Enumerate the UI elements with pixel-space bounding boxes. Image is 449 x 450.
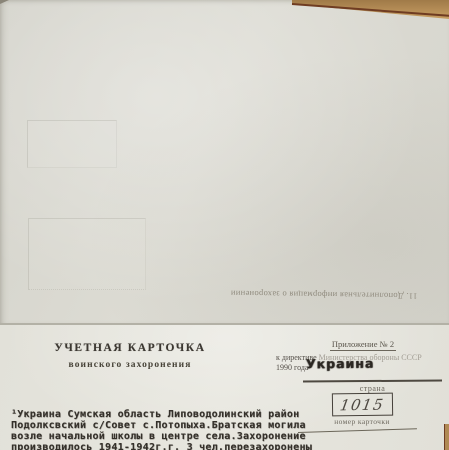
typed-location-line: Подолксвский с/Совет с.Потопыха.Братская… — [11, 420, 316, 431]
handwritten-card-number: 1015 — [339, 395, 386, 414]
card-title: УЧЕТНАЯ КАРТОЧКА — [52, 342, 208, 354]
upside-down-section-caption: 11. Дополнительная информация о захороне… — [204, 288, 444, 301]
card-number-label: номер карточки — [324, 417, 400, 426]
country-field-label: страна — [303, 384, 442, 393]
card-number-box: 1015 — [332, 393, 393, 417]
typed-location-line: производилось 1941-1942г.г. 3 чел.переза… — [11, 442, 316, 450]
typed-location-line: возле начальной школы в центре села.Захо… — [11, 431, 316, 442]
annex-reference-text: Приложение № 2 — [330, 339, 396, 351]
scanned-photo-of-burial-record-card: 11. Дополнительная информация о захороне… — [0, 0, 449, 450]
embossed-impression — [27, 120, 117, 168]
embossed-impression — [28, 218, 146, 290]
card-front-side-paper: УЧЕТНАЯ КАРТОЧКА воинского захоронения П… — [0, 325, 449, 450]
card-back-side-paper: 11. Дополнительная информация о захороне… — [0, 0, 449, 325]
country-rule-line — [303, 380, 442, 383]
typed-location-line: ¹Украина Сумская область Липоводолинский… — [11, 409, 316, 420]
annex-reference-line1: Приложение № 2 — [300, 339, 426, 349]
table-surface-edge-strip — [444, 424, 449, 450]
country-ink-stamp: Украина — [306, 356, 374, 372]
card-subtitle: воинского захоронения — [52, 360, 208, 370]
